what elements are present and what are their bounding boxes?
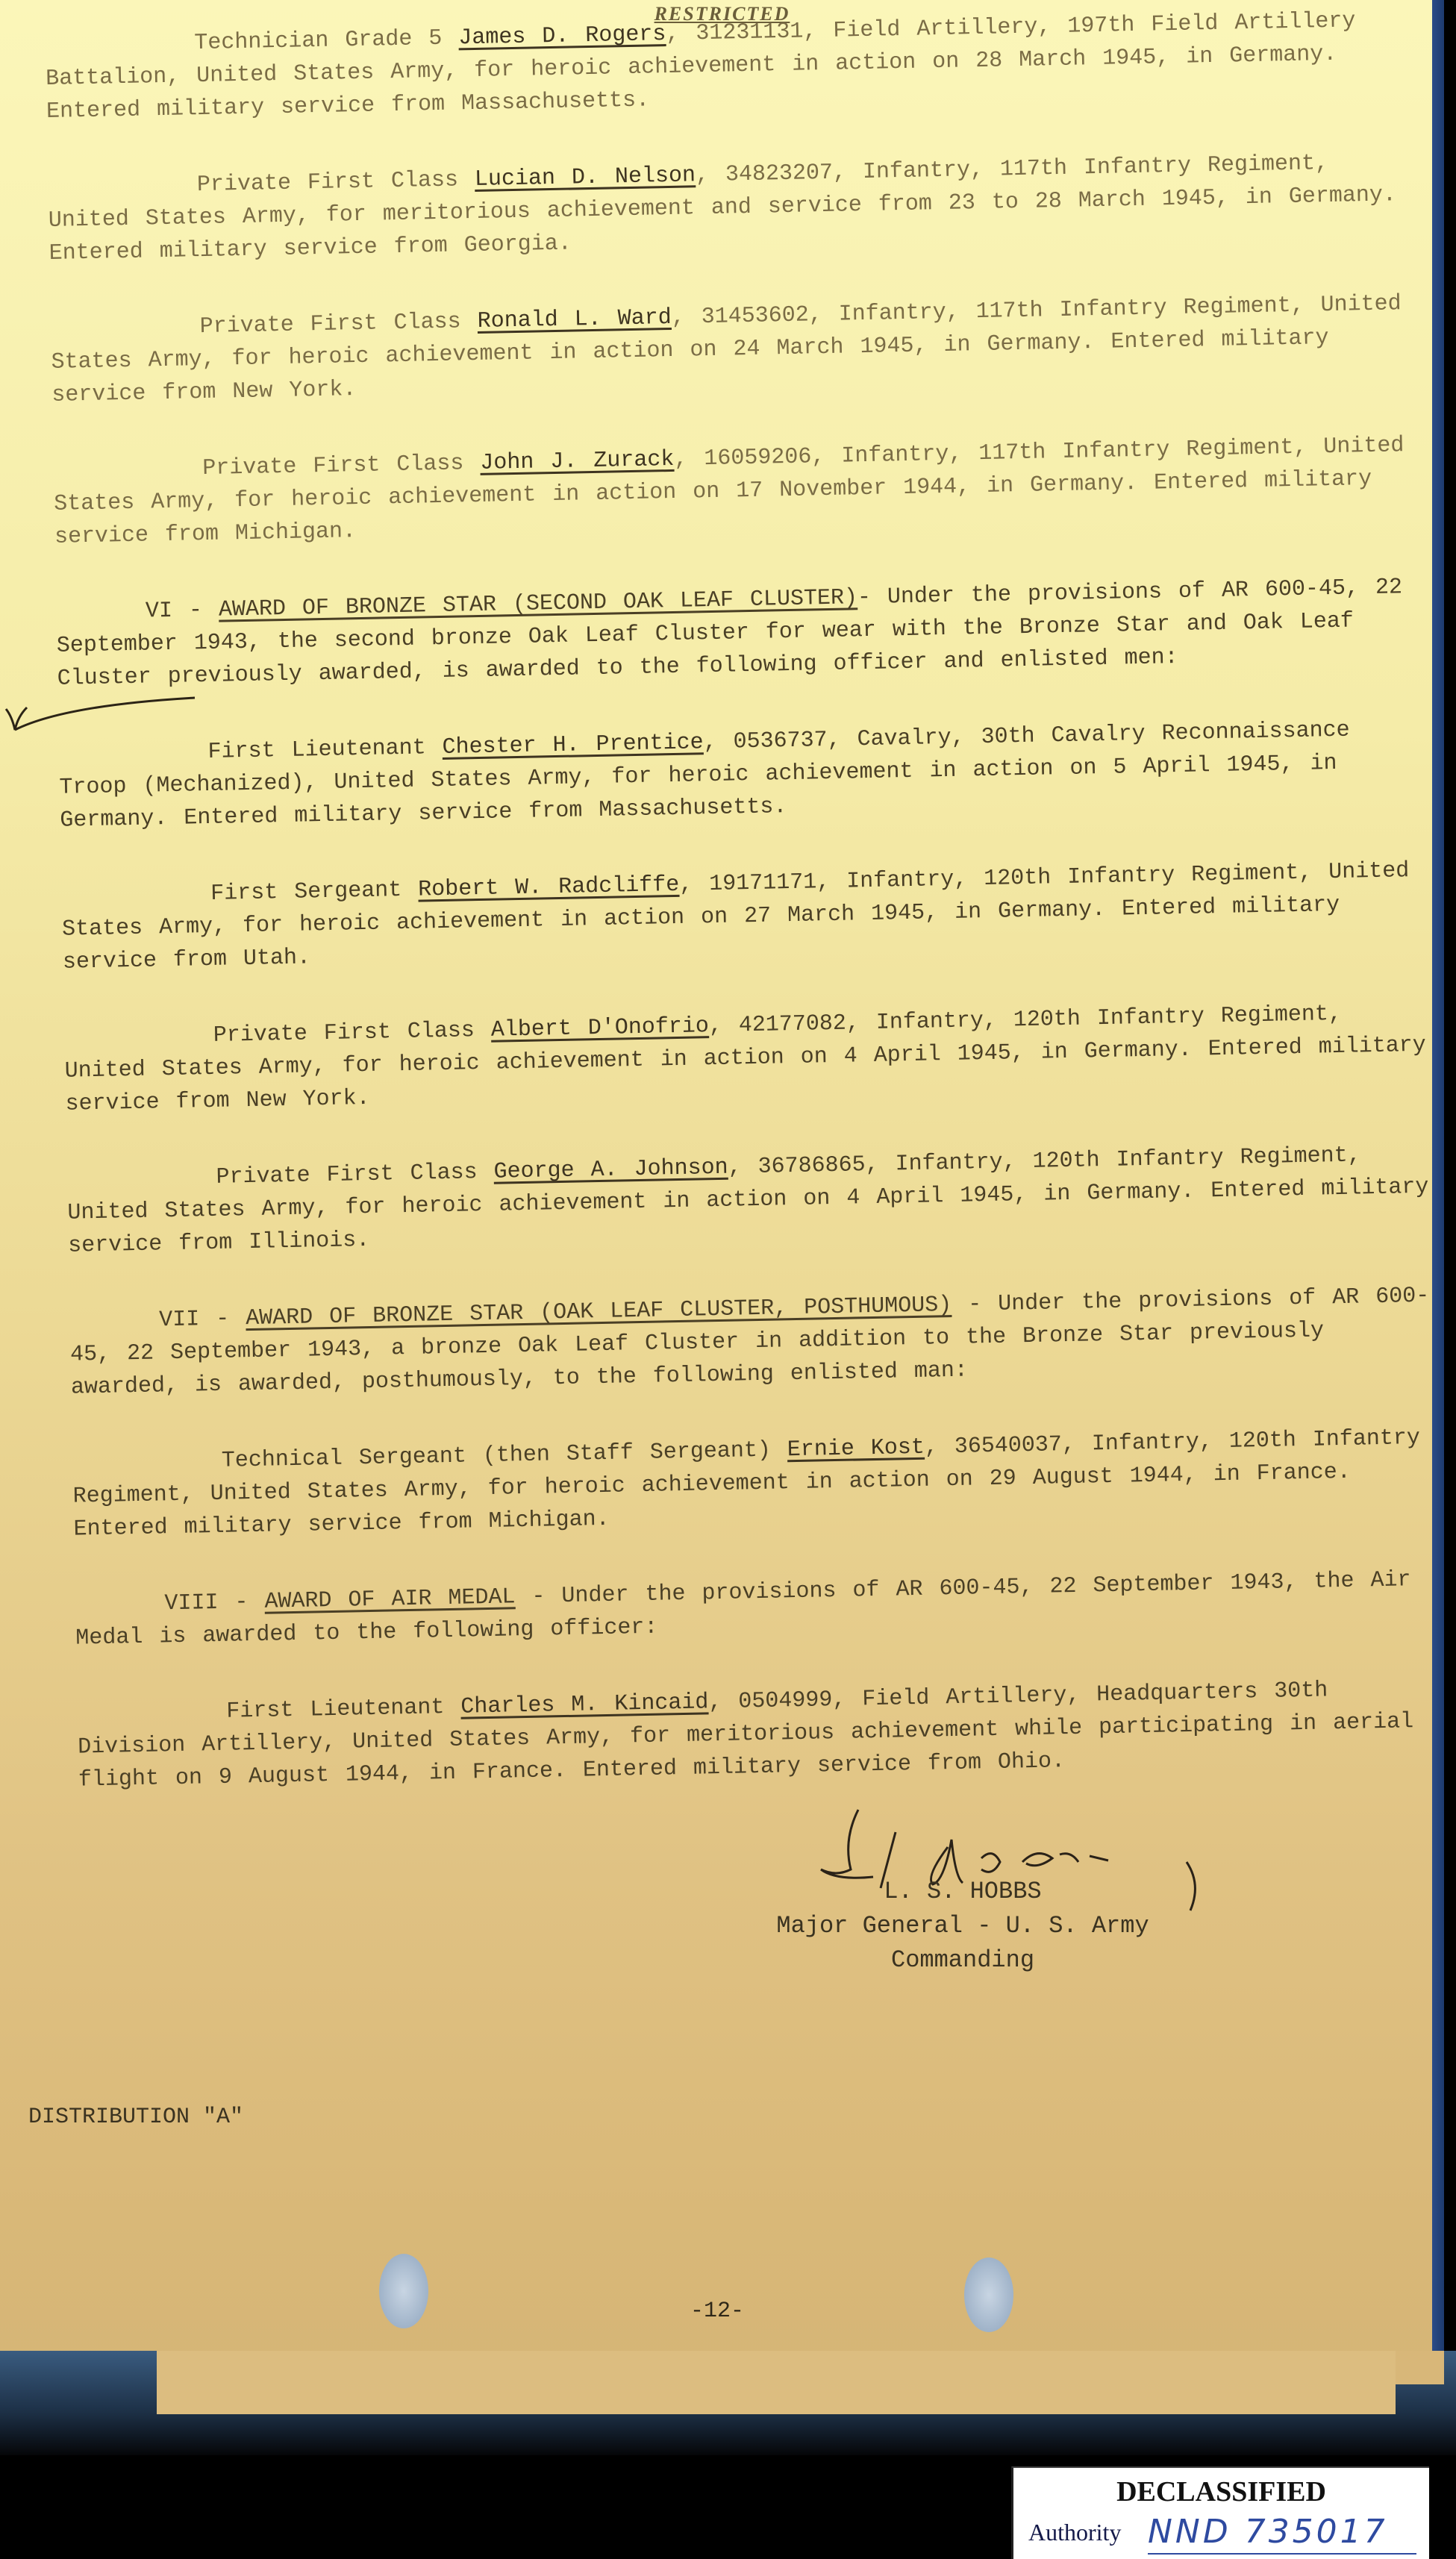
award-paragraph: Private First Class Ronald L. Ward, 3145… xyxy=(50,287,1417,412)
torn-paper-edge xyxy=(1396,2351,1444,2384)
rank: Private First Class xyxy=(199,309,461,340)
citation-text: , 36786865, Infantry, 120th Infantry Reg… xyxy=(67,1143,1429,1258)
award-paragraph: Private First Class John J. Zurack, 1605… xyxy=(53,429,1420,554)
punch-hole xyxy=(379,2254,428,2328)
declassified-label: DECLASSIFIED Authority NND 735017 xyxy=(1011,2466,1429,2559)
award-paragraph: Technical Sergeant (then Staff Sergeant)… xyxy=(72,1422,1439,1546)
recipient-name: George A. Johnson xyxy=(493,1155,728,1185)
rank: Technical Sergeant (then Staff Sergeant) xyxy=(222,1438,772,1474)
rank: Private First Class xyxy=(213,1018,475,1049)
recipient-name: Chester H. Prentice xyxy=(442,730,704,760)
citation-text: , 31231131, Field Artillery, 197th Field… xyxy=(46,8,1356,125)
award-paragraph: First Lieutenant Chester H. Prentice, 05… xyxy=(58,713,1425,837)
document-body: Technician Grade 5 James D. Rogers, 3123… xyxy=(45,4,1444,1840)
signatory-title: Major General - U. S. Army xyxy=(702,1909,1224,1943)
torn-paper-edge xyxy=(157,2351,1396,2414)
citation-text: , 31453602, Infantry, 117th Infantry Reg… xyxy=(51,291,1402,408)
citation-text: , 42177082, Infantry, 120th Infantry Reg… xyxy=(64,1002,1426,1117)
citation-text: , 0536737, Cavalry, 30th Cavalry Reconna… xyxy=(59,718,1350,834)
recipient-name: Ernie Kost xyxy=(787,1435,925,1463)
signatory-role: Commanding xyxy=(702,1943,1224,1978)
authority-label: Authority xyxy=(1028,2519,1121,2546)
section-numeral: VI - xyxy=(146,598,203,624)
recipient-name: John J. Zurack xyxy=(480,447,675,476)
signatory-name: L. S. HOBBS xyxy=(702,1875,1224,1909)
recipient-name: James D. Rogers xyxy=(458,22,666,51)
rank: Private First Class xyxy=(197,167,459,198)
recipient-name: Ronald L. Ward xyxy=(477,305,672,334)
recipient-name: Charles M. Kincaid xyxy=(460,1690,709,1719)
rank: Private First Class xyxy=(216,1160,478,1190)
section-vii-heading: VII - AWARD OF BRONZE STAR (OAK LEAF CLU… xyxy=(69,1280,1437,1405)
award-paragraph: Private First Class George A. Johnson, 3… xyxy=(66,1138,1434,1263)
section-title: AWARD OF BRONZE STAR (OAK LEAF CLUSTER, … xyxy=(246,1293,952,1331)
citation-text: , 19171171, Infantry, 120th Infantry Reg… xyxy=(62,858,1410,975)
punch-hole xyxy=(964,2258,1013,2332)
authority-value: NND 735017 xyxy=(1148,2511,1416,2555)
section-vi-heading: VI - AWARD OF BRONZE STAR (SECOND OAK LE… xyxy=(56,571,1423,696)
section-numeral: VII - xyxy=(159,1307,230,1334)
page-number: -12- xyxy=(690,2299,744,2324)
handwritten-checkmark-icon xyxy=(4,687,199,739)
recipient-name: Lucian D. Nelson xyxy=(475,163,696,193)
rank: First Lieutenant xyxy=(226,1695,445,1725)
section-viii-heading: VIII - AWARD OF AIR MEDAL - Under the pr… xyxy=(75,1563,1441,1655)
award-paragraph: First Lieutenant Charles M. Kincaid, 050… xyxy=(77,1672,1444,1796)
distribution-line: DISTRIBUTION "A" xyxy=(28,2105,243,2130)
recipient-name: Albert D'Onofrio xyxy=(491,1013,710,1043)
section-title: AWARD OF AIR MEDAL xyxy=(264,1584,516,1614)
signature-block: L. S. HOBBS Major General - U. S. Army C… xyxy=(702,1875,1224,1978)
award-paragraph: Private First Class Albert D'Onofrio, 42… xyxy=(64,996,1431,1121)
citation-text: , 0504999, Field Artillery, Headquarters… xyxy=(78,1678,1414,1793)
section-title: AWARD OF BRONZE STAR (SECOND OAK LEAF CL… xyxy=(219,585,858,622)
document-page: RESTRICTED Technician Grade 5 James D. R… xyxy=(0,0,1444,2407)
rank: First Lieutenant xyxy=(207,735,426,765)
section-numeral: VIII - xyxy=(164,1590,249,1616)
rank: Private First Class xyxy=(202,451,464,481)
rank: First Sergeant xyxy=(210,878,402,907)
page-edge xyxy=(1432,0,1444,2407)
recipient-name: Robert W. Radcliffe xyxy=(418,872,680,903)
citation-text: , 34823207, Infantry, 117th Infantry Reg… xyxy=(49,151,1397,266)
rank: Technician Grade 5 xyxy=(194,26,443,56)
citation-text: , 16059206, Infantry, 117th Infantry Reg… xyxy=(54,433,1405,550)
award-paragraph: Private First Class Lucian D. Nelson, 34… xyxy=(48,146,1415,270)
award-paragraph: First Sergeant Robert W. Radcliffe, 1917… xyxy=(61,854,1428,979)
declassified-title: DECLASSIFIED xyxy=(1013,2475,1429,2508)
